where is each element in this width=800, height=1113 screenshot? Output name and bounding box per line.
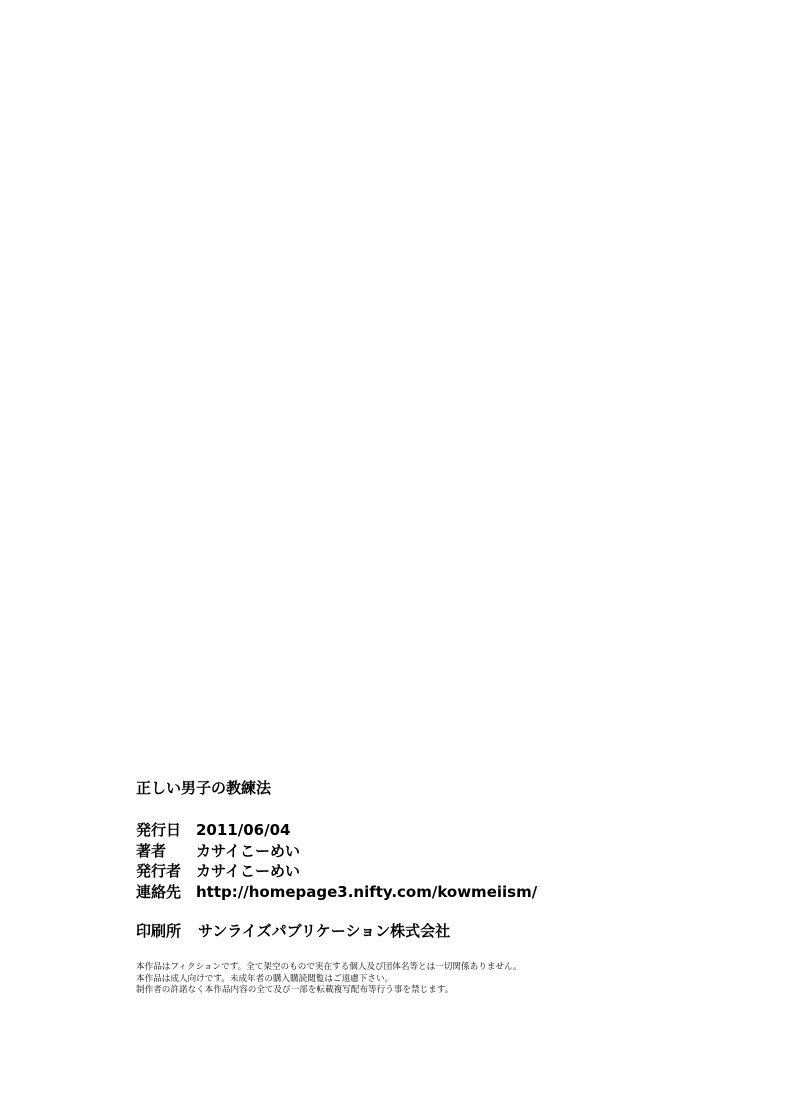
publish-date-label: 発行日 bbox=[136, 820, 196, 841]
info-row-publisher: 発行者 カサイこーめい bbox=[136, 861, 537, 882]
printer-row: 印刷所 サンライズパブリケーション株式会社 bbox=[136, 921, 450, 941]
printer-label: 印刷所 bbox=[136, 921, 198, 941]
colophon: 正しい男子の教練法 発行日 2011/06/04 著者 カサイこーめい 発行者 … bbox=[136, 778, 696, 798]
author-label: 著者 bbox=[136, 841, 196, 862]
disclaimer-copyright: 制作者の許諾なく本作品内容の全て及び一部を転載複写配布等行う事を禁じます。 bbox=[136, 985, 522, 997]
disclaimer-fiction: 本作品はフィクションです。全て架空のもので実在する個人及び団体名等とは一切関係あ… bbox=[136, 962, 522, 974]
disclaimer-notes: 本作品はフィクションです。全て架空のもので実在する個人及び団体名等とは一切関係あ… bbox=[136, 962, 522, 997]
publication-info: 発行日 2011/06/04 著者 カサイこーめい 発行者 カサイこーめい 連絡… bbox=[136, 820, 537, 902]
publish-date-value: 2011/06/04 bbox=[196, 820, 290, 841]
contact-url[interactable]: http://homepage3.nifty.com/kowmeiism/ bbox=[196, 882, 537, 903]
book-title: 正しい男子の教練法 bbox=[136, 778, 696, 798]
info-row-publish-date: 発行日 2011/06/04 bbox=[136, 820, 537, 841]
printer-value: サンライズパブリケーション株式会社 bbox=[198, 921, 450, 941]
author-value: カサイこーめい bbox=[196, 841, 300, 862]
contact-label: 連絡先 bbox=[136, 882, 196, 903]
publisher-label: 発行者 bbox=[136, 861, 196, 882]
info-row-author: 著者 カサイこーめい bbox=[136, 841, 537, 862]
info-row-contact: 連絡先 http://homepage3.nifty.com/kowmeiism… bbox=[136, 882, 537, 903]
disclaimer-adult: 本作品は成人向けです。未成年者の購入購読閲覧はご遠慮下さい。 bbox=[136, 974, 522, 986]
publisher-value: カサイこーめい bbox=[196, 861, 300, 882]
